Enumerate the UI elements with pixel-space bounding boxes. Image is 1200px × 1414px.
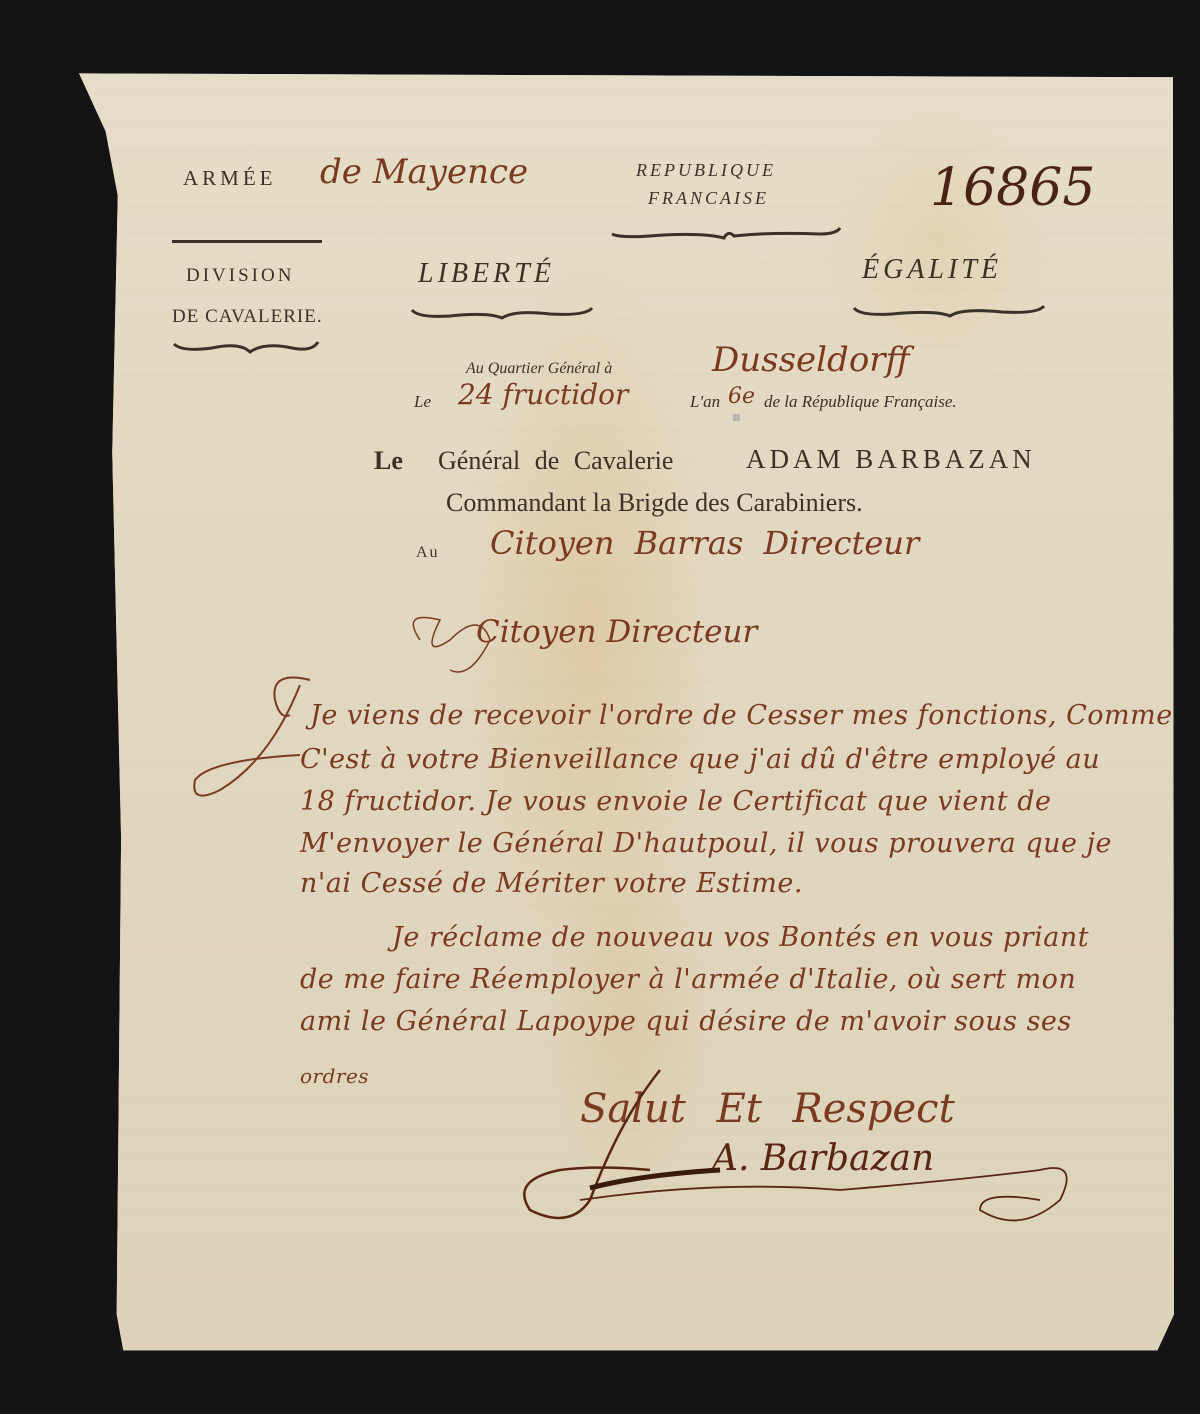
date-day-month-handwritten: 24 fructidor (458, 378, 628, 411)
division-line-2: DE CAVALERIE. (172, 306, 323, 328)
reference-number: 16865 (930, 158, 1095, 218)
date-prefix: Le (414, 392, 431, 412)
motto-liberte: LIBERTÉ (418, 258, 555, 290)
liberte-swash-ornament (410, 306, 595, 322)
salutation-flourish (390, 600, 500, 680)
body-line-5: n'ai Cessé de Mériter votre Estime. (300, 868, 803, 899)
army-name-handwritten: de Mayence (320, 152, 528, 192)
body-line-9: ordres (300, 1064, 369, 1088)
year-suffix: de la République Française. (764, 392, 957, 412)
addressee-handwritten: Citoyen Barras Directeur (490, 524, 919, 562)
egalite-swash-ornament (852, 304, 1048, 320)
sender-title: Général de Cavalerie (438, 446, 673, 476)
body-line-3: 18 fructidor. Je vous envoie le Certific… (300, 786, 1051, 817)
body-line-2: C'est à votre Bienveillance que j'ai dû … (300, 744, 1100, 775)
body-line-4: M'envoyer le Général D'hautpoul, il vous… (300, 828, 1112, 859)
sender-prefix: Le (374, 446, 403, 476)
library-stamp: ▦ (732, 412, 741, 423)
body-line-1: Je viens de recevoir l'ordre de Cesser m… (310, 700, 1173, 731)
year-prefix: L'an (690, 392, 720, 412)
hq-label: Au Quartier Général à (466, 360, 612, 378)
republic-line-2: FRANCAISE (648, 188, 769, 209)
salutation: Citoyen Directeur (476, 614, 757, 650)
sender-name: ADAM BARBAZAN (746, 444, 1036, 475)
republic-line-1: REPUBLIQUE (636, 160, 776, 181)
body-line-8: ami le Général Lapoype qui désire de m'a… (300, 1006, 1072, 1037)
body-line-6: Je réclame de nouveau vos Bontés en vous… (392, 922, 1089, 953)
division-top-rule (172, 240, 322, 243)
division-swash-ornament (172, 340, 322, 356)
hq-place-handwritten: Dusseldorff (712, 340, 910, 380)
army-label: ARMÉE (183, 166, 277, 191)
sender-command: Commandant la Brigde des Carabiniers. (446, 488, 863, 518)
body-line-7: de me faire Réemployer à l'armée d'Itali… (300, 964, 1076, 995)
signature-flourish (420, 1060, 1100, 1240)
addressee-prefix: Au (416, 544, 440, 562)
republic-swash-ornament (610, 226, 842, 242)
division-line-1: DIVISION (186, 265, 294, 287)
motto-egalite: ÉGALITÉ (862, 254, 1002, 286)
year-value-handwritten: 6e (728, 384, 755, 409)
